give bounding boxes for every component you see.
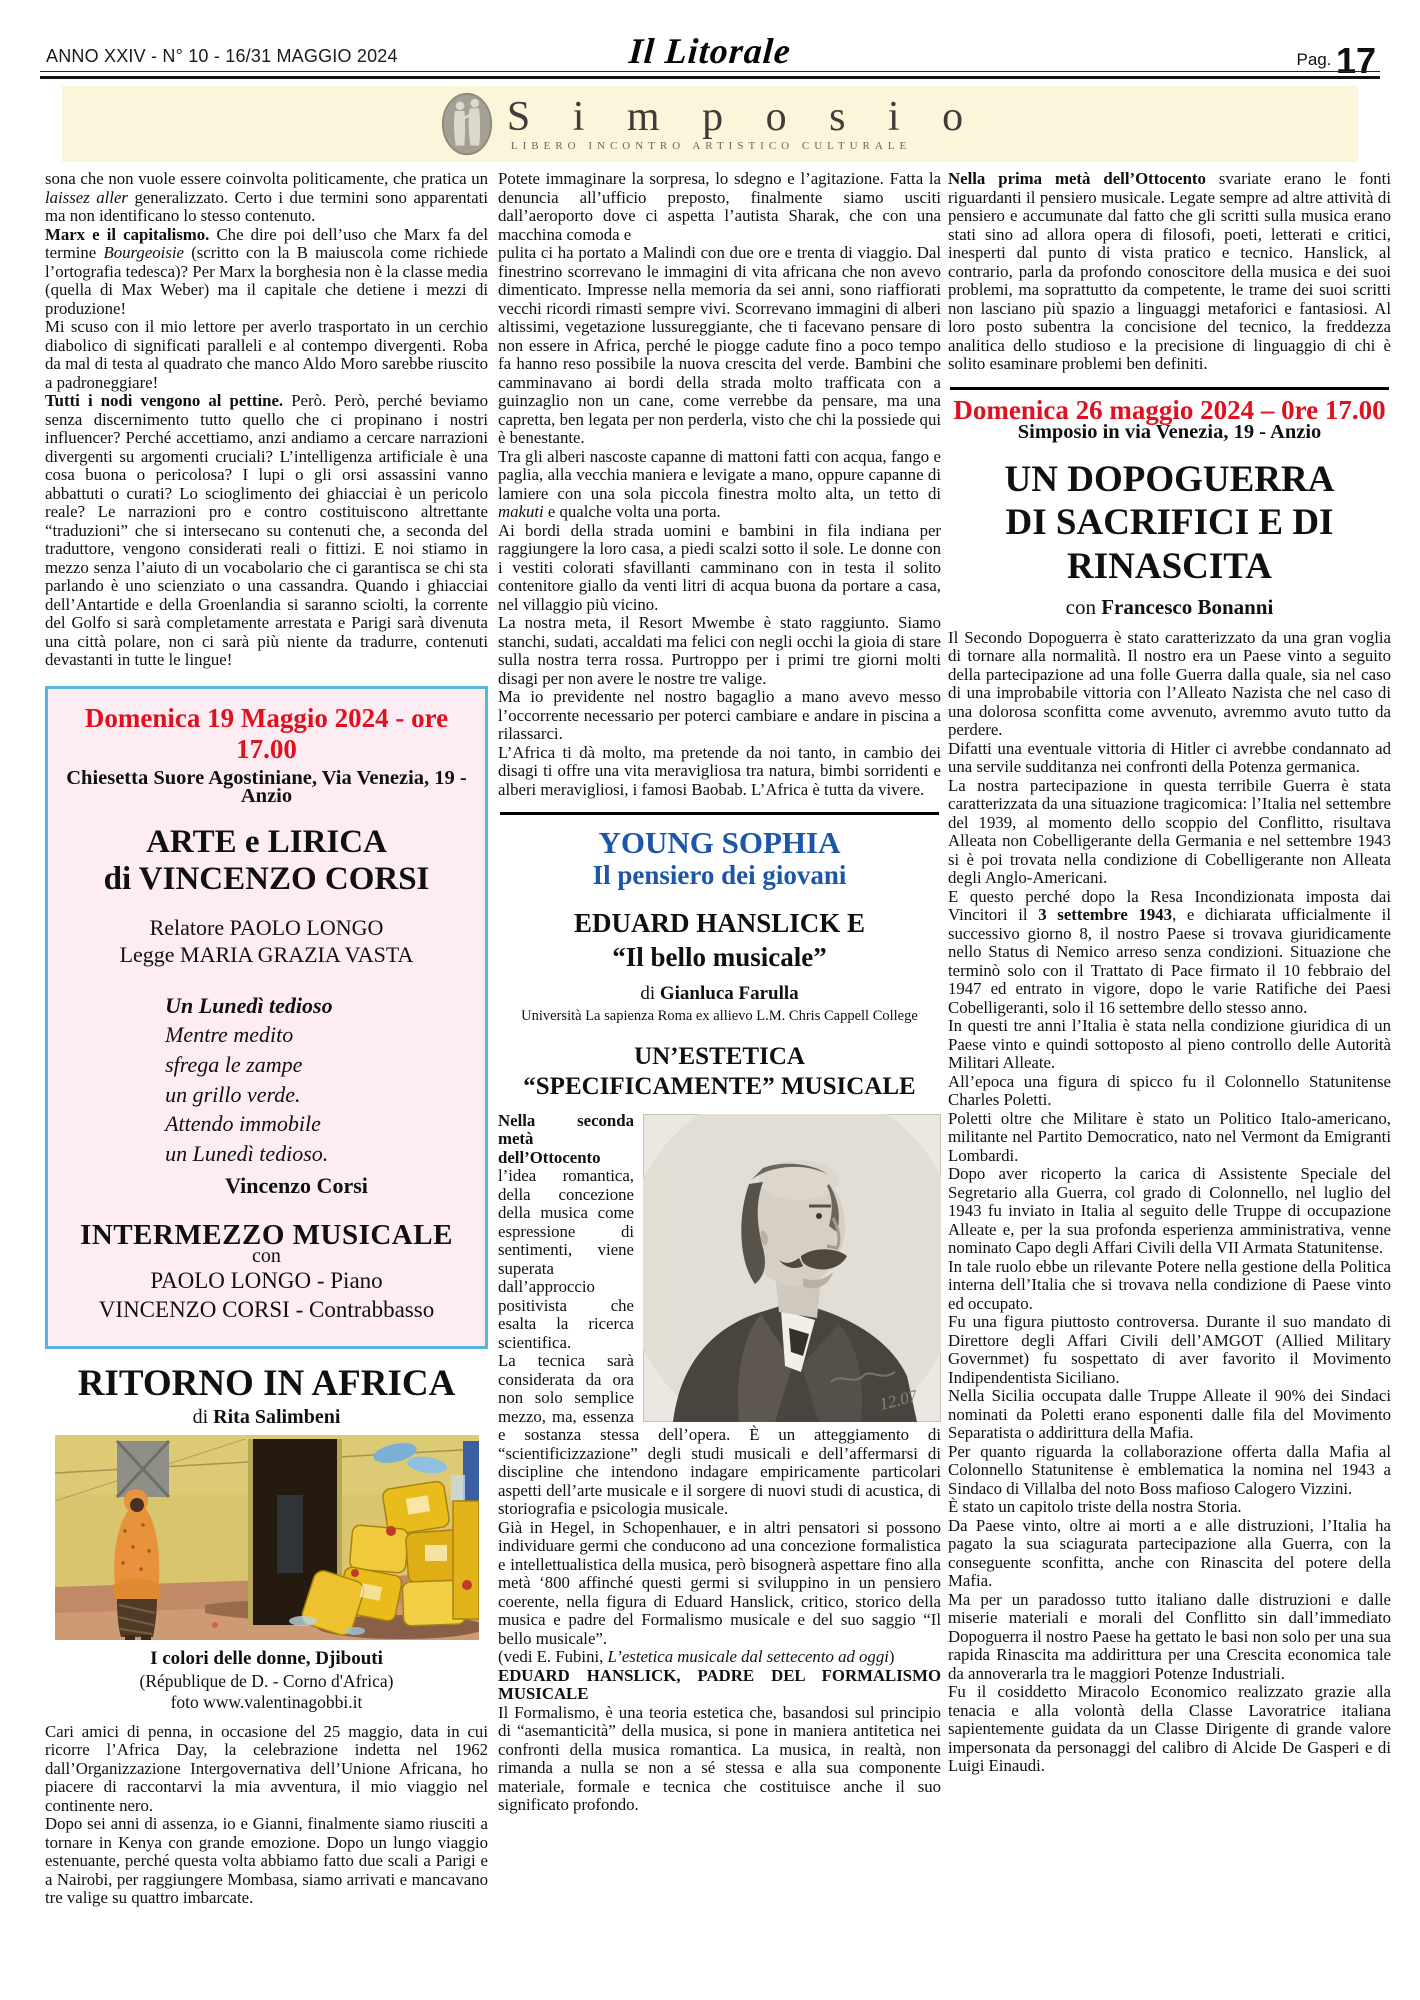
column-2: Potete immaginare la sorpresa, lo sdegno… [498,170,941,1815]
poem-line: un grillo verde. [165,1080,368,1110]
event2-byline: con Francesco Bonanni [948,598,1391,617]
young-sophia-tagline: Il pensiero dei giovani [498,860,941,891]
poem-title: Un Lunedì tedioso [165,991,368,1021]
paragraph: Ma per un paradosso tutto italiano dalle… [948,1591,1391,1684]
paragraph: Fu il cosiddetto Miracolo Economico real… [948,1683,1391,1776]
caption-title: I colori delle donne, Djibouti [45,1648,488,1671]
paragraph: Potete immaginare la sorpresa, lo sdegno… [498,170,941,244]
event2-title: UN DOPOGUERRA DI SACRIFICI E DI RINASCIT… [948,458,1391,589]
event1-title: ARTE e LIRICA di VINCENZO CORSI [54,824,479,898]
hanslick-title-line2: “Il bello musicale” [498,941,941,975]
africa-article-title: RITORNO IN AFRICA [45,1365,488,1404]
paragraph: Nella prima metà dell’Ottocento svariate… [948,170,1391,374]
hanslick-byline: di Gianluca Farulla [498,985,941,1004]
africa-byline-prefix: di [193,1406,214,1428]
paragraph: Dopo aver ricoperto la carica di Assiste… [948,1165,1391,1258]
page-number-value: 17 [1336,40,1376,81]
ottocento-paragraph: Nella prima metà dell’Ottocento svariate… [948,170,1391,374]
paragraph: Dopo sei anni di assenza, io e Gianni, f… [45,1815,488,1908]
event2-byline-prefix: con [1066,595,1102,619]
caption-subtitle: (République de D. - Corno d'Africa) [45,1671,488,1692]
event2-venue: Simposio in via Venezia, 19 - Anzio [948,423,1391,442]
paragraph: Tutti i nodi vengono al pettine. Però. P… [45,392,488,670]
hanslick-affiliation: Università La sapienza Roma ex allievo L… [498,1007,941,1026]
africa-article-continued: Potete immaginare la sorpresa, lo sdegno… [498,170,941,799]
simposio-figures-icon [441,92,493,156]
newspaper-page: ANNO XXIV - N° 10 - 16/31 MAGGIO 2024 Il… [0,0,1420,2000]
event1-date: Domenica 19 Maggio 2024 - ore 17.00 [54,703,479,765]
paragraph: Marx e il capitalismo. Che dire poi dell… [45,226,488,319]
poem-lines: Mentre meditosfrega le zampeun grillo ve… [165,1020,368,1168]
hanslick-title-line1: EDUARD HANSLICK E [498,907,941,941]
paragraph: Ma io previdente nel nostro bagaglio a m… [498,688,941,744]
hanslick-byline-prefix: di [640,983,660,1004]
event1-title-line1: ARTE e LIRICA [54,824,479,861]
africa-article-text: Cari amici di penna, in occasione del 25… [45,1723,488,1908]
intermezzo-title: INTERMEZZO MUSICALE [54,1226,479,1245]
paragraph: E questo perché dopo la Resa Incondizion… [948,888,1391,1018]
paragraph: Difatti una eventuale vittoria di Hitler… [948,740,1391,777]
marx-article-text: sona che non vuole essere coinvolta poli… [45,170,488,670]
event2-title-line3: RINASCITA [948,545,1391,589]
poem-line: sfrega le zampe [165,1050,368,1080]
page-number-label: Pag. [1297,50,1332,69]
paragraph: sona che non vuole essere coinvolta poli… [45,170,488,226]
event-dopoguerra-header: Domenica 26 maggio 2024 – 0re 17.00 Simp… [948,401,1391,617]
paragraph: Ai bordi della strada uomini e bambini i… [498,522,941,615]
section-divider-2 [950,387,1389,390]
column-1: sona che non vuole essere coinvolta poli… [45,170,488,1908]
paragraph: Poletti oltre che Militare è stato un Po… [948,1110,1391,1166]
event1-reader: Legge MARIA GRAZIA VASTA [54,941,479,969]
paragraph: Cari amici di penna, in occasione del 25… [45,1723,488,1816]
header-rule-thin [40,71,1380,72]
poem: Un Lunedì tedioso Mentre meditosfrega le… [165,991,368,1201]
hanslick-subtitle-line1: UN’ESTETICA [498,1042,941,1072]
event2-author: Francesco Bonanni [1101,595,1273,619]
paragraph: In questi tre anni l’Italia è stata nell… [948,1017,1391,1073]
hanslick-portrait: 12.07 [643,1114,941,1422]
hanslick-article-title: EDUARD HANSLICK E “Il bello musicale” [498,907,941,975]
event2-date: Domenica 26 maggio 2024 – 0re 17.00 [948,401,1391,420]
paragraph: È stato un capitolo triste della nostra … [948,1498,1391,1517]
poem-line: Attendo immobile [165,1109,368,1139]
event1-people: Relatore PAOLO LONGO Legge MARIA GRAZIA … [54,914,479,969]
paragraph: L’Africa ti dà molto, ma pretende da noi… [498,744,941,800]
paragraph: pulita ci ha portato a Malindi con due o… [498,244,941,448]
event1-speaker: Relatore PAOLO LONGO [54,914,479,942]
hanslick-author: Gianluca Farulla [660,983,799,1004]
event-box-arte-e-lirica: Domenica 19 Maggio 2024 - ore 17.00 Chie… [45,686,488,1350]
paragraph: Già in Hegel, in Schopenhauer, e in altr… [498,1519,941,1649]
simposio-title: S i m p o s i o [507,96,979,138]
paragraph: In tale ruolo ebbe un rilevante Potere n… [948,1258,1391,1314]
africa-photo [55,1435,479,1645]
paragraph: Il Formalismo, è una teoria estetica che… [498,1704,941,1815]
paragraph: Per quanto riguarda la collaborazione of… [948,1443,1391,1499]
section-divider [500,812,939,815]
paragraph: La nostra partecipazione in questa terri… [948,777,1391,888]
intermezzo-musician1: PAOLO LONGO - Piano [54,1267,479,1296]
header-rule-thick [40,76,1380,79]
africa-author: Rita Salimbeni [213,1406,340,1428]
hanslick-article-body: 12.07 Nella seconda metà dell’Ottocento … [498,1112,941,1815]
paragraph: Nella Sicilia occupata dalle Truppe Alle… [948,1387,1391,1443]
dopoguerra-article-text: Il Secondo Dopoguerra è stato caratteriz… [948,629,1391,1776]
paragraph: Mi scuso con il mio lettore per averlo t… [45,318,488,392]
simposio-banner: S i m p o s i o LIBERO INCONTRO ARTISTIC… [62,86,1358,162]
poem-author: Vincenzo Corsi [165,1171,368,1201]
column-3: Nella prima metà dell’Ottocento svariate… [948,170,1391,1776]
event2-title-line2: DI SACRIFICI E DI [948,501,1391,545]
caption-credit: foto www.valentinagobbi.it [45,1692,488,1713]
paragraph: Tra gli alberi nascoste capanne di matto… [498,448,941,522]
event1-venue: Chiesetta Suore Agostiniane, Via Venezia… [54,769,479,806]
paragraph: Fu una figura piuttosto controversa. Dur… [948,1313,1391,1387]
event2-title-line1: UN DOPOGUERRA [948,458,1391,502]
event1-title-line2: di VINCENZO CORSI [54,861,479,898]
hanslick-subtitle: UN’ESTETICA “SPECIFICAMENTE” MUSICALE [498,1042,941,1102]
poem-line: un Lunedì tedioso. [165,1139,368,1169]
young-sophia-kicker: YOUNG SOPHIA [498,826,941,860]
djibouti-photo-illustration [55,1435,479,1640]
africa-byline: di Rita Salimbeni [45,1408,488,1427]
paragraph: Da Paese vinto, oltre ai morti a e alle … [948,1517,1391,1591]
paragraph: Il Secondo Dopoguerra è stato caratteriz… [948,629,1391,740]
paragraph: (vedi E. Fubini, L’estetica musicale dal… [498,1648,941,1667]
photo-caption: I colori delle donne, Djibouti (Républiq… [45,1648,488,1713]
paragraph: EDUARD HANSLICK, PADRE DEL FORMALISMO MU… [498,1667,941,1704]
paragraph: La nostra meta, il Resort Mwembe è stato… [498,614,941,688]
hanslick-subtitle-line2: “SPECIFICAMENTE” MUSICALE [498,1072,941,1102]
poem-line: Mentre medito [165,1020,368,1050]
intermezzo-block: INTERMEZZO MUSICALE con PAOLO LONGO - Pi… [54,1226,479,1324]
paragraph: All’epoca una figura di spicco fu il Col… [948,1073,1391,1110]
simposio-subtitle: LIBERO INCONTRO ARTISTICO CULTURALE [511,140,979,152]
masthead-title: Il Litorale [0,30,1420,72]
intermezzo-musician2: VINCENZO CORSI - Contrabbasso [54,1296,479,1325]
